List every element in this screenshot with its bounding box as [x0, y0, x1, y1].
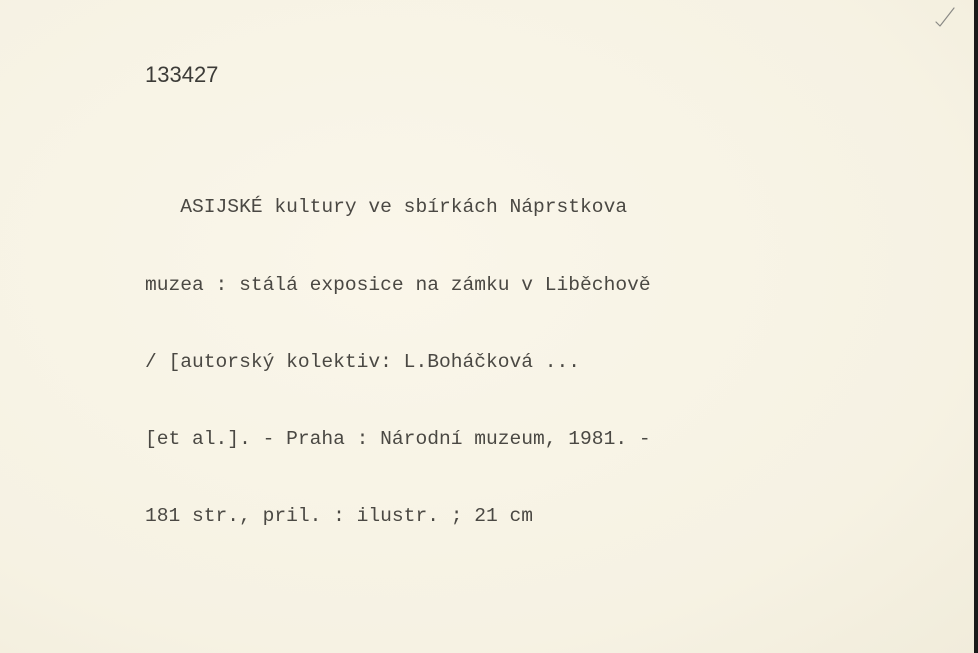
entry-line: 181 str., pril. : ilustr. ; 21 cm	[145, 504, 651, 530]
entry-line: [et al.]. - Praha : Národní muzeum, 1981…	[145, 427, 651, 453]
bibliographic-entry: ASIJSKÉ kultury ve sbírkách Náprstkova m…	[145, 144, 651, 581]
checkmark-icon	[934, 6, 956, 28]
entry-line: / [autorský kolektiv: L.Boháčková ...	[145, 350, 651, 376]
catalog-card: 133427 ASIJSKÉ kultury ve sbírkách Náprs…	[0, 0, 974, 653]
entry-line: muzea : stálá exposice na zámku v Liběch…	[145, 273, 651, 299]
card-edge	[974, 0, 978, 653]
entry-line: ASIJSKÉ kultury ve sbírkách Náprstkova	[145, 195, 651, 221]
call-number: 133427	[145, 62, 218, 88]
